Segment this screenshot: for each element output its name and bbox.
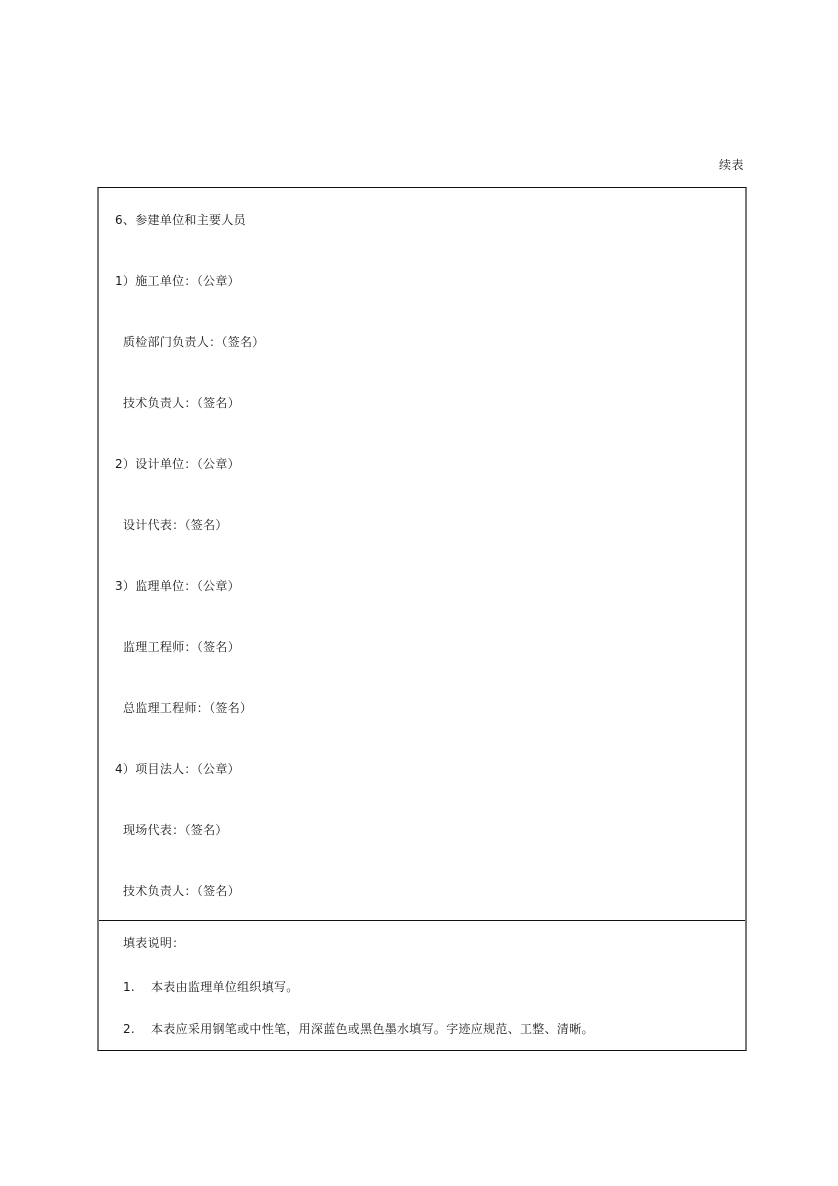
qc-dept-head-signature: 质检部门负责人：（签名） — [123, 333, 265, 350]
construction-tech-lead-signature: 技术负责人：（签名） — [123, 394, 240, 411]
instructions-title: 填表说明： — [123, 934, 185, 951]
instruction-item: 2.本表应采用钢笔或中性笔，用深蓝色或黑色墨水填写。字迹应规范、工整、清晰。 — [123, 1020, 594, 1037]
instruction-number: 1. — [123, 980, 151, 994]
design-rep-signature: 设计代表：（签名） — [123, 516, 228, 533]
instruction-item: 1.本表由监理单位组织填写。 — [123, 978, 299, 995]
section-title: 6、参建单位和主要人员 — [115, 211, 246, 228]
instructions-section: 填表说明： 1.本表由监理单位组织填写。 2.本表应采用钢笔或中性笔，用深蓝色或… — [99, 920, 745, 1050]
instruction-text: 本表由监理单位组织填写。 — [151, 980, 299, 994]
site-rep-signature: 现场代表：（签名） — [123, 821, 228, 838]
supervision-unit-heading: 3）监理单位：（公章） — [115, 577, 240, 594]
continued-table-label: 续表 — [719, 156, 744, 173]
chief-supervising-engineer-signature: 总监理工程师：（签名） — [123, 699, 252, 716]
supervising-engineer-signature: 监理工程师：（签名） — [123, 638, 240, 655]
participants-section: 6、参建单位和主要人员 1）施工单位：（公章） 质检部门负责人：（签名） 技术负… — [99, 188, 745, 921]
instruction-number: 2. — [123, 1022, 151, 1036]
instruction-text: 本表应采用钢笔或中性笔，用深蓝色或黑色墨水填写。字迹应规范、工整、清晰。 — [151, 1022, 594, 1036]
owner-tech-lead-signature: 技术负责人：（签名） — [123, 882, 240, 899]
construction-unit-heading: 1）施工单位：（公章） — [115, 272, 240, 289]
design-unit-heading: 2）设计单位：（公章） — [115, 455, 240, 472]
project-owner-heading: 4）项目法人：（公章） — [115, 760, 240, 777]
acceptance-form-table: 6、参建单位和主要人员 1）施工单位：（公章） 质检部门负责人：（签名） 技术负… — [97, 187, 747, 1051]
